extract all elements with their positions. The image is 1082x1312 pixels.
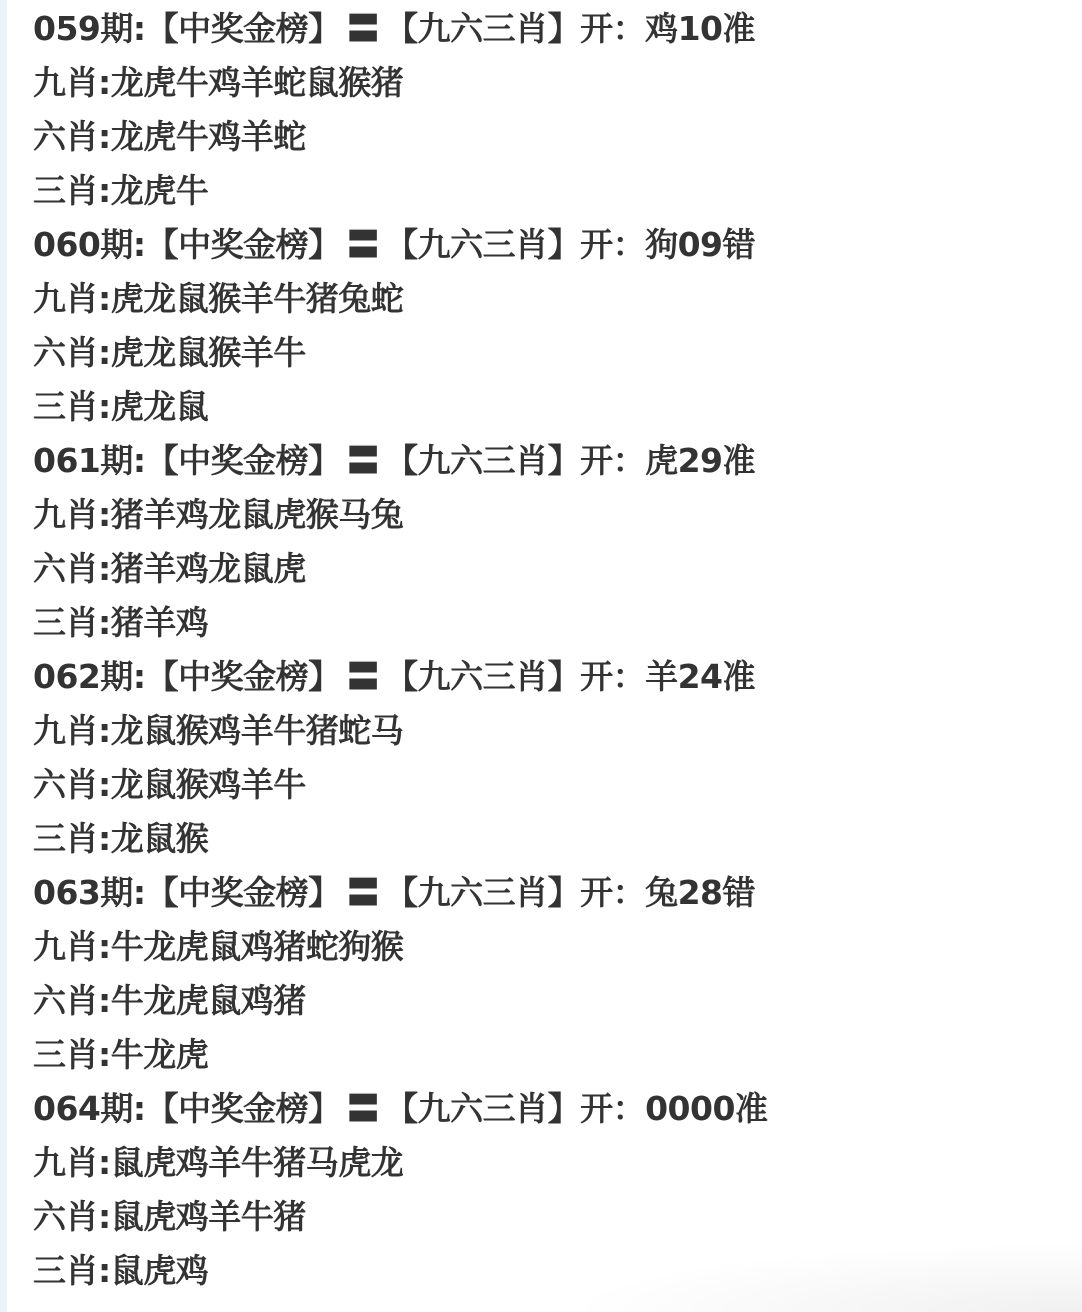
separator: 〓: [347, 9, 380, 48]
colon: :: [133, 225, 146, 264]
separator: 〓: [347, 225, 380, 264]
six-zodiac-row: 六肖:龙鼠猴鸡羊牛: [33, 762, 767, 816]
row-label: 九肖:: [33, 495, 111, 534]
separator: 〓: [347, 441, 380, 480]
header-subtitle: 【九六三肖】开：: [385, 873, 645, 912]
draw-result: 羊24准: [645, 657, 755, 696]
record-059: 059期:【中奖金榜】〓【九六三肖】开：鸡10准 九肖:龙虎牛鸡羊蛇鼠猴猪 六肖…: [33, 6, 767, 222]
row-label: 三肖:: [33, 387, 111, 426]
header-title: 【中奖金榜】: [146, 873, 341, 912]
six-zodiac-row: 六肖:虎龙鼠猴羊牛: [33, 330, 767, 384]
row-value: 虎龙鼠猴羊牛: [111, 333, 306, 372]
draw-result: 狗09错: [645, 225, 755, 264]
draw-result: 0000准: [645, 1089, 767, 1128]
period-label: 062期: [33, 657, 133, 696]
row-label: 六肖:: [33, 117, 111, 156]
three-zodiac-row: 三肖:龙鼠猴: [33, 816, 767, 870]
nine-zodiac-row: 九肖:龙虎牛鸡羊蛇鼠猴猪: [33, 60, 767, 114]
nine-zodiac-row: 九肖:虎龙鼠猴羊牛猪兔蛇: [33, 276, 767, 330]
colon: :: [133, 1089, 146, 1128]
six-zodiac-row: 六肖:猪羊鸡龙鼠虎: [33, 546, 767, 600]
header-title: 【中奖金榜】: [146, 441, 341, 480]
row-value: 龙鼠猴: [111, 819, 209, 858]
record-064: 064期:【中奖金榜】〓【九六三肖】开：0000准 九肖:鼠虎鸡羊牛猪马虎龙 六…: [33, 1086, 767, 1302]
record-header: 060期:【中奖金榜】〓【九六三肖】开：狗09错: [33, 222, 767, 276]
row-value: 牛龙虎: [111, 1035, 209, 1074]
three-zodiac-row: 三肖:鼠虎鸡: [33, 1248, 767, 1302]
colon: :: [133, 9, 146, 48]
period-label: 063期: [33, 873, 133, 912]
row-label: 六肖:: [33, 1197, 111, 1236]
record-063: 063期:【中奖金榜】〓【九六三肖】开：兔28错 九肖:牛龙虎鼠鸡猪蛇狗猴 六肖…: [33, 870, 767, 1086]
row-value: 猪羊鸡: [111, 603, 209, 642]
row-value: 龙虎牛: [111, 171, 209, 210]
row-value: 鼠虎鸡羊牛猪马虎龙: [111, 1143, 404, 1182]
row-label: 三肖:: [33, 603, 111, 642]
row-value: 龙鼠猴鸡羊牛: [111, 765, 306, 804]
separator: 〓: [347, 873, 380, 912]
row-label: 六肖:: [33, 981, 111, 1020]
header-title: 【中奖金榜】: [146, 657, 341, 696]
row-label: 三肖:: [33, 819, 111, 858]
row-value: 牛龙虎鼠鸡猪: [111, 981, 306, 1020]
header-title: 【中奖金榜】: [146, 225, 341, 264]
row-value: 虎龙鼠猴羊牛猪兔蛇: [111, 279, 404, 318]
three-zodiac-row: 三肖:虎龙鼠: [33, 384, 767, 438]
row-value: 龙鼠猴鸡羊牛猪蛇马: [111, 711, 404, 750]
separator: 〓: [347, 1089, 380, 1128]
nine-zodiac-row: 九肖:龙鼠猴鸡羊牛猪蛇马: [33, 708, 767, 762]
row-value: 猪羊鸡龙鼠虎猴马兔: [111, 495, 404, 534]
row-label: 三肖:: [33, 1035, 111, 1074]
row-value: 鼠虎鸡: [111, 1251, 209, 1290]
draw-result: 鸡10准: [645, 9, 755, 48]
six-zodiac-row: 六肖:鼠虎鸡羊牛猪: [33, 1194, 767, 1248]
prediction-list: 059期:【中奖金榜】〓【九六三肖】开：鸡10准 九肖:龙虎牛鸡羊蛇鼠猴猪 六肖…: [33, 6, 767, 1302]
period-label: 059期: [33, 9, 133, 48]
nine-zodiac-row: 九肖:牛龙虎鼠鸡猪蛇狗猴: [33, 924, 767, 978]
header-subtitle: 【九六三肖】开：: [385, 9, 645, 48]
header-title: 【中奖金榜】: [146, 1089, 341, 1128]
record-060: 060期:【中奖金榜】〓【九六三肖】开：狗09错 九肖:虎龙鼠猴羊牛猪兔蛇 六肖…: [33, 222, 767, 438]
nine-zodiac-row: 九肖:鼠虎鸡羊牛猪马虎龙: [33, 1140, 767, 1194]
row-label: 六肖:: [33, 765, 111, 804]
record-header: 062期:【中奖金榜】〓【九六三肖】开：羊24准: [33, 654, 767, 708]
row-value: 猪羊鸡龙鼠虎: [111, 549, 306, 588]
row-label: 六肖:: [33, 333, 111, 372]
draw-result: 兔28错: [645, 873, 755, 912]
row-value: 牛龙虎鼠鸡猪蛇狗猴: [111, 927, 404, 966]
draw-result: 虎29准: [645, 441, 755, 480]
row-label: 九肖:: [33, 1143, 111, 1182]
period-label: 060期: [33, 225, 133, 264]
six-zodiac-row: 六肖:牛龙虎鼠鸡猪: [33, 978, 767, 1032]
colon: :: [133, 657, 146, 696]
nine-zodiac-row: 九肖:猪羊鸡龙鼠虎猴马兔: [33, 492, 767, 546]
row-label: 六肖:: [33, 549, 111, 588]
six-zodiac-row: 六肖:龙虎牛鸡羊蛇: [33, 114, 767, 168]
row-value: 龙虎牛鸡羊蛇鼠猴猪: [111, 63, 404, 102]
period-label: 064期: [33, 1089, 133, 1128]
row-value: 虎龙鼠: [111, 387, 209, 426]
colon: :: [133, 441, 146, 480]
header-subtitle: 【九六三肖】开：: [385, 657, 645, 696]
record-header: 061期:【中奖金榜】〓【九六三肖】开：虎29准: [33, 438, 767, 492]
row-label: 三肖:: [33, 1251, 111, 1290]
record-header: 063期:【中奖金榜】〓【九六三肖】开：兔28错: [33, 870, 767, 924]
row-value: 鼠虎鸡羊牛猪: [111, 1197, 306, 1236]
record-header: 064期:【中奖金榜】〓【九六三肖】开：0000准: [33, 1086, 767, 1140]
separator: 〓: [347, 657, 380, 696]
header-subtitle: 【九六三肖】开：: [385, 1089, 645, 1128]
row-value: 龙虎牛鸡羊蛇: [111, 117, 306, 156]
left-border-strip: [0, 0, 7, 1312]
three-zodiac-row: 三肖:龙虎牛: [33, 168, 767, 222]
header-title: 【中奖金榜】: [146, 9, 341, 48]
record-062: 062期:【中奖金榜】〓【九六三肖】开：羊24准 九肖:龙鼠猴鸡羊牛猪蛇马 六肖…: [33, 654, 767, 870]
row-label: 九肖:: [33, 63, 111, 102]
row-label: 三肖:: [33, 171, 111, 210]
period-label: 061期: [33, 441, 133, 480]
three-zodiac-row: 三肖:猪羊鸡: [33, 600, 767, 654]
record-header: 059期:【中奖金榜】〓【九六三肖】开：鸡10准: [33, 6, 767, 60]
header-subtitle: 【九六三肖】开：: [385, 441, 645, 480]
colon: :: [133, 873, 146, 912]
row-label: 九肖:: [33, 279, 111, 318]
row-label: 九肖:: [33, 927, 111, 966]
record-061: 061期:【中奖金榜】〓【九六三肖】开：虎29准 九肖:猪羊鸡龙鼠虎猴马兔 六肖…: [33, 438, 767, 654]
row-label: 九肖:: [33, 711, 111, 750]
three-zodiac-row: 三肖:牛龙虎: [33, 1032, 767, 1086]
header-subtitle: 【九六三肖】开：: [385, 225, 645, 264]
